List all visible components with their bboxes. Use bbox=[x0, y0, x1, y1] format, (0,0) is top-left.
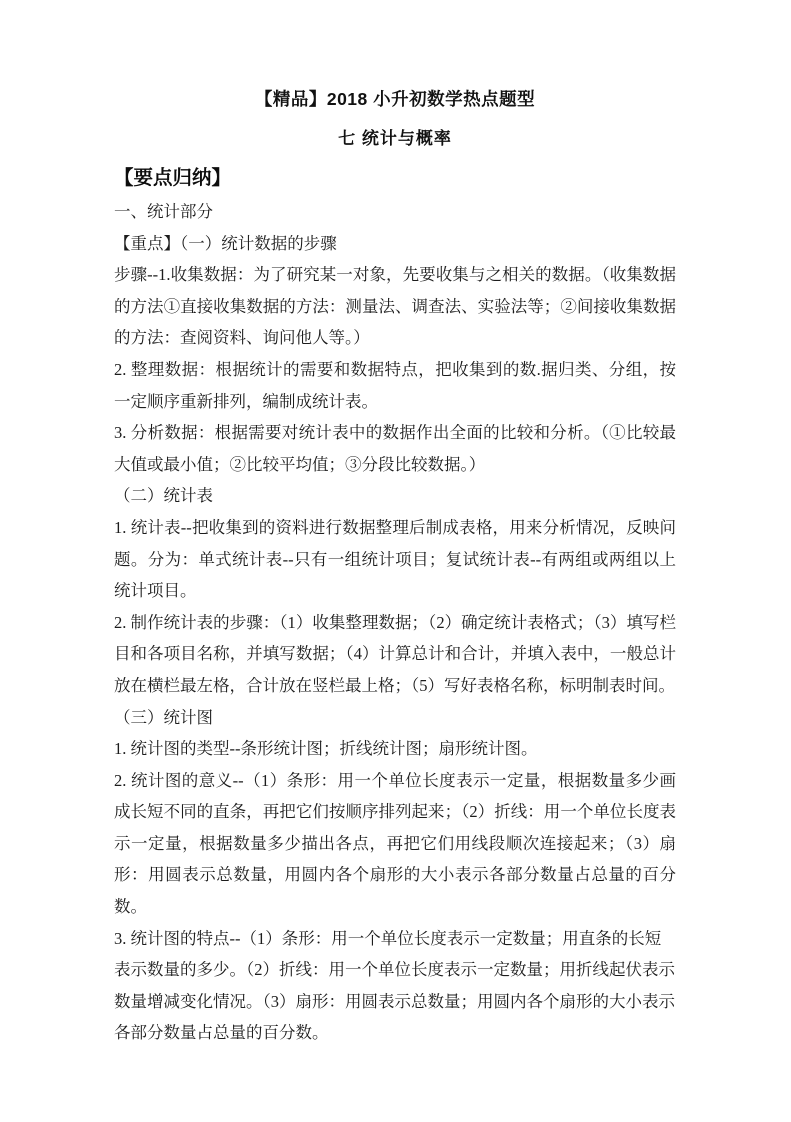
paragraph-chart-features: 3. 统计图的特点--（1）条形：用一个单位长度表示一定数量；用直条的长短表示数… bbox=[114, 923, 676, 1049]
paragraph-step-collect-data: 步骤--1.收集数据：为了研究某一对象，先要收集与之相关的数据。（收集数据的方法… bbox=[114, 259, 676, 354]
document-body: 一、统计部分 【重点】（一）统计数据的步骤 步骤--1.收集数据：为了研究某一对… bbox=[114, 196, 676, 1049]
doc-title: 【精品】2018 小升初数学热点题型 bbox=[114, 88, 676, 111]
paragraph-subsection-2-tables: （二）统计表 bbox=[114, 480, 676, 512]
doc-subtitle: 七 统计与概率 bbox=[114, 128, 676, 150]
paragraph-chart-meaning: 2. 统计图的意义--（1）条形：用一个单位长度表示一定量，根据数量多少画成长短… bbox=[114, 765, 676, 923]
paragraph-subsection-3-charts: （三）统计图 bbox=[114, 702, 676, 734]
section-heading-key-points: 【要点归纳】 bbox=[114, 165, 676, 191]
paragraph-key-point-heading: 【重点】（一）统计数据的步骤 bbox=[114, 228, 676, 260]
paragraph-chart-types: 1. 统计图的类型--条形统计图；折线统计图；扇形统计图。 bbox=[114, 733, 676, 765]
document-page: 【精品】2018 小升初数学热点题型 七 统计与概率 【要点归纳】 一、统计部分… bbox=[0, 0, 791, 1122]
paragraph-step-analyze-data: 3. 分析数据：根据需要对统计表中的数据作出全面的比较和分析。（①比较最大值或最… bbox=[114, 417, 676, 480]
paragraph-table-definition: 1. 统计表--把收集到的资料进行数据整理后制成表格，用来分析情况，反映问题。分… bbox=[114, 512, 676, 607]
paragraph-table-making-steps: 2. 制作统计表的步骤：（1）收集整理数据；（2）确定统计表格式；（3）填写栏目… bbox=[114, 607, 676, 702]
paragraph-step-organize-data: 2. 整理数据：根据统计的需要和数据特点，把收集到的数.据归类、分组，按一定顺序… bbox=[114, 354, 676, 417]
paragraph-section-1-statistics: 一、统计部分 bbox=[114, 196, 676, 228]
